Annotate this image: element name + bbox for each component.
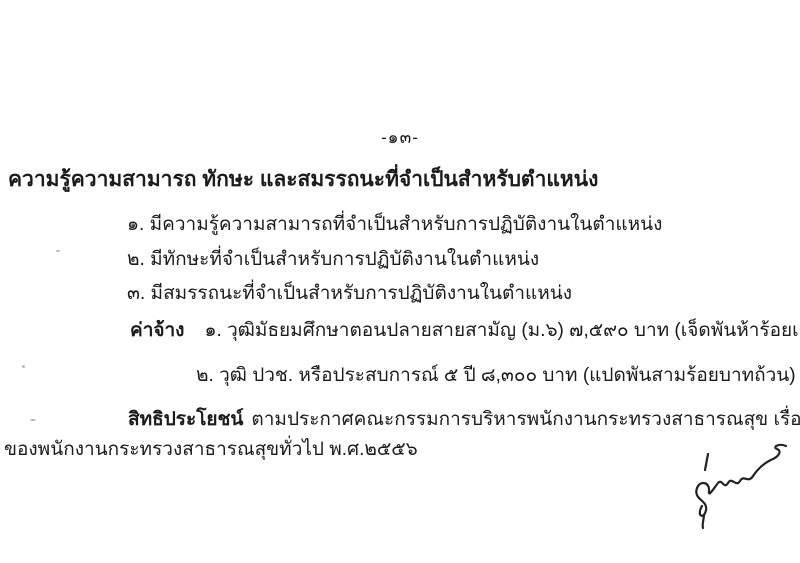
scan-speck xyxy=(56,250,60,252)
scan-speck xyxy=(30,419,36,421)
wage-label: ค่าจ้าง xyxy=(130,320,184,341)
section-heading: ความรู้ความสามารถ ทักษะ และสมรรถนะที่จำเ… xyxy=(8,163,598,196)
qualification-item-1: ๑. มีความรู้ความสามารถที่จำเป็นสำหรับการ… xyxy=(127,209,662,239)
handwritten-signature-icon xyxy=(678,438,798,538)
benefits-text-line-1: ตามประกาศคณะกรรมการบริหารพนักงานกระทรวงส… xyxy=(251,409,800,430)
wage-item-2: ๒. วุฒิ ปวช. หรือประสบการณ์ ๕ ปี ๘,๓๐๐ บ… xyxy=(196,360,796,390)
page-number: -๑๓- xyxy=(0,124,800,151)
document-page: -๑๓- ความรู้ความสามารถ ทักษะ และสมรรถนะท… xyxy=(0,0,800,563)
benefits-label: สิทธิประโยชน์ xyxy=(128,409,243,430)
wage-line-1: ค่าจ้าง๑. วุฒิมัธยมศึกษาตอนปลายสายสามัญ … xyxy=(130,315,800,345)
qualification-item-2: ๒. มีทักษะที่จำเป็นสำหรับการปฏิบัติงานใน… xyxy=(127,244,539,274)
benefits-line-1: สิทธิประโยชน์ตามประกาศคณะกรรมการบริหารพน… xyxy=(128,404,800,434)
wage-item-1: ๑. วุฒิมัธยมศึกษาตอนปลายสายสามัญ (ม.๖) ๗… xyxy=(204,320,800,341)
scan-speck xyxy=(22,365,25,368)
benefits-text-line-2: ของพนักงานกระทรวงสาธารณสุขทั่วไป พ.ศ.๒๕๕… xyxy=(4,434,418,464)
qualification-item-3: ๓. มีสมรรถนะที่จำเป็นสำหรับการปฏิบัติงาน… xyxy=(127,278,572,308)
